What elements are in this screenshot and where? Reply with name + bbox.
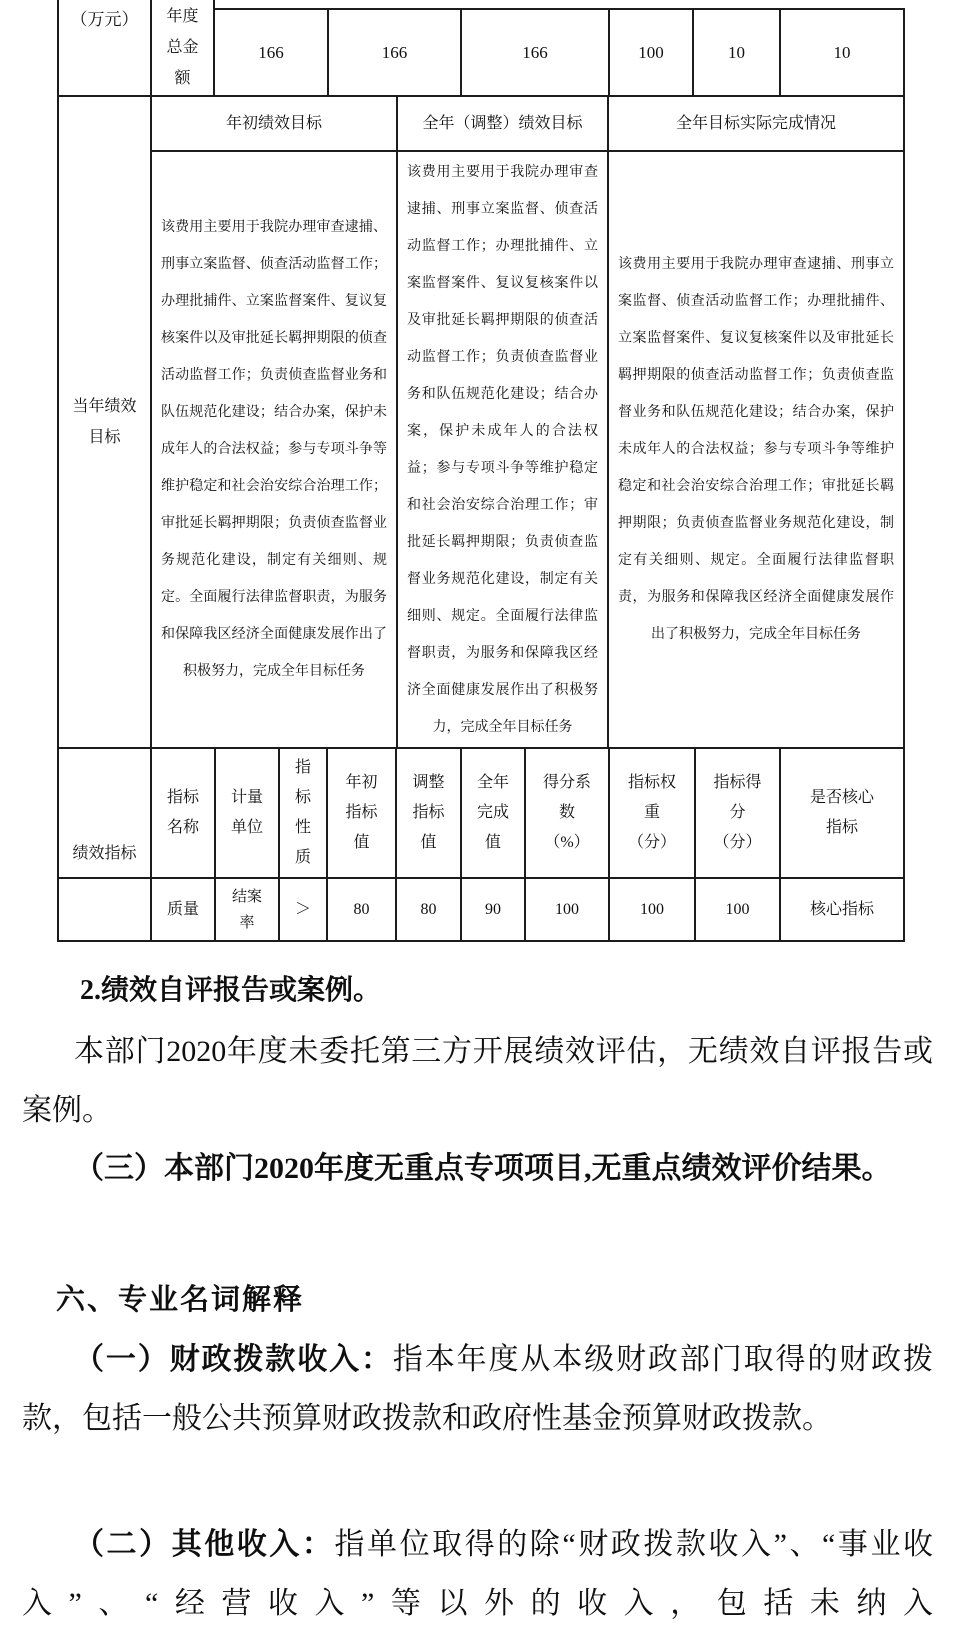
indicator-header-cell-score: 指标得 分 （分） bbox=[696, 749, 781, 879]
indicator-value-cell-nature: ＞ bbox=[280, 879, 328, 942]
goal-text-cell-actual: 该费用主要用于我院办理审查逮捕、刑事立案监督、侦查活动监督工作；办理批捕件、立案… bbox=[609, 152, 905, 749]
indicator-value-cell-completed: 90 bbox=[462, 879, 526, 942]
term-2-name: （二）其他收入： bbox=[74, 1528, 334, 1561]
indicator-header-cell-adjusted: 调整 指标 值 bbox=[397, 749, 462, 879]
indicator-header-cell-score-coef: 得分系 数 （%） bbox=[526, 749, 610, 879]
indicator-value-cell-initial: 80 bbox=[328, 879, 397, 942]
goal-text-actual: 该费用主要用于我院办理审查逮捕、刑事立案监督、侦查活动监督工作；办理批捕件、立案… bbox=[609, 246, 903, 653]
term-2: （二）其他收入：指单位取得的除“财政拨款收入”、“事业收入”、“经营收入”等以外… bbox=[22, 1515, 933, 1633]
section-item3: （三）本部门2020年度无重点专项项目,无重点绩效评价结果。 bbox=[22, 1139, 933, 1198]
terms-heading: 六、专业名词解释 bbox=[22, 1271, 955, 1330]
goal-text-cell-initial: 该费用主要用于我院办理审查逮捕、刑事立案监督、侦查活动监督工作；办理批捕件、立案… bbox=[152, 152, 398, 749]
annual-total-header-cell: 年度 总金 额 bbox=[152, 0, 215, 97]
annual-total-value-cell-6: 10 bbox=[781, 8, 905, 97]
indicator-header-cell-weight: 指标权 重 （分） bbox=[610, 749, 696, 879]
indicator-value-cell-score-coef: 100 bbox=[526, 879, 610, 942]
goal-header-cell-initial: 年初绩效目标 bbox=[152, 97, 398, 152]
indicator-header-cell-name: 指标 名称 bbox=[152, 749, 216, 879]
annual-total-value-cell-5: 10 bbox=[694, 8, 781, 97]
indicator-value-cell-weight: 100 bbox=[610, 879, 696, 942]
section-self-eval-title: 2.绩效自评报告或案例。 bbox=[22, 961, 955, 1020]
indicator-header-cell-core: 是否核心 指标 bbox=[781, 749, 905, 879]
indicator-header-cell-initial: 年初 指标 值 bbox=[328, 749, 397, 879]
document-page: （万元） 年度 总金 额 166 166 166 100 10 10 当年绩效 … bbox=[0, 0, 955, 1641]
indicator-header-cell-completed: 全年 完成 值 bbox=[462, 749, 526, 879]
term-1-name: （一）财政拨款收入： bbox=[74, 1343, 393, 1376]
section-self-eval-body: 本部门2020年度未委托第三方开展绩效评估，无绩效自评报告或案例。 bbox=[22, 1022, 933, 1140]
annual-total-value-cell-1: 166 bbox=[215, 8, 329, 97]
annual-total-value-cell-2: 166 bbox=[329, 8, 462, 97]
indicator-header-cell-nature: 指 标 性 质 bbox=[280, 749, 328, 879]
goal-text-adjusted: 该费用主要用于我院办理审查逮捕、刑事立案监督、侦查活动监督工作；办理批捕件、立案… bbox=[398, 154, 607, 746]
indicator-header-cell-unit: 计量 单位 bbox=[216, 749, 280, 879]
indicator-value-cell-name: 质量 bbox=[152, 879, 216, 942]
goal-text-initial: 该费用主要用于我院办理审查逮捕、刑事立案监督、侦查活动监督工作；办理批捕件、立案… bbox=[152, 209, 396, 690]
unit-wanyuan-cell: （万元） bbox=[57, 0, 152, 97]
indicator-value-cell-unit: 结案 率 bbox=[216, 879, 280, 942]
indicator-label-empty-cell bbox=[57, 879, 152, 942]
term-1: （一）财政拨款收入：指本年度从本级财政部门取得的财政拨款，包括一般公共预算财政拨… bbox=[22, 1330, 933, 1448]
goal-header-cell-actual: 全年目标实际完成情况 bbox=[609, 97, 905, 152]
goal-header-cell-adjusted: 全年（调整）绩效目标 bbox=[398, 97, 609, 152]
indicator-value-cell-score: 100 bbox=[696, 879, 781, 942]
indicator-value-cell-core: 核心指标 bbox=[781, 879, 905, 942]
perf-indicator-label-cell: 绩效指标 bbox=[57, 749, 152, 879]
annual-total-value-cell-3: 166 bbox=[462, 8, 610, 97]
current-year-goal-label-cell: 当年绩效 目标 bbox=[57, 97, 152, 749]
annual-total-value-cell-4: 100 bbox=[610, 8, 694, 97]
indicator-value-cell-adjusted: 80 bbox=[397, 879, 462, 942]
goal-text-cell-adjusted: 该费用主要用于我院办理审查逮捕、刑事立案监督、侦查活动监督工作；办理批捕件、立案… bbox=[398, 152, 609, 749]
